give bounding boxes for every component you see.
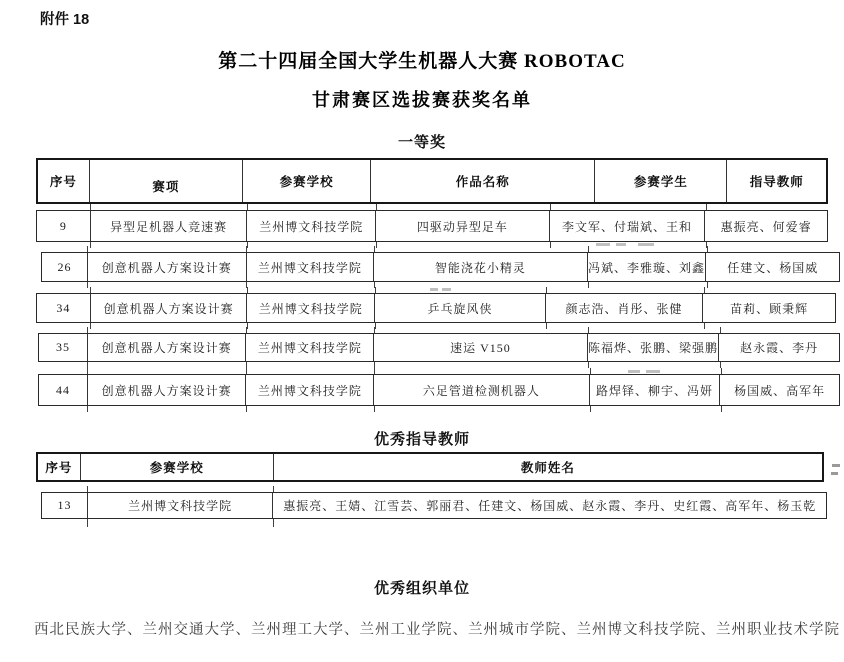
cell-teachers: 赵永霞、李丹	[719, 334, 839, 361]
cell-event: 创意机器人方案设计赛	[88, 334, 247, 361]
header-cell-event-label: 赛项	[152, 177, 179, 195]
header-cell-teachers: 指导教师	[727, 160, 826, 202]
cell-students: 颜志浩、肖彤、张健	[546, 294, 704, 322]
cell-school: 兰州博文科技学院	[247, 294, 375, 322]
document-page: 附件 18 第二十四届全国大学生机器人大赛 ROBOTAC 甘肃赛区选拔赛获奖名…	[0, 0, 844, 662]
section-heading-advisors: 优秀指导教师	[0, 428, 844, 449]
cell-teachers: 杨国威、高军年	[720, 375, 839, 405]
cell-no: 44	[39, 375, 88, 405]
header-cell-work: 作品名称	[371, 160, 595, 202]
cell-teachers: 任建文、杨国威	[706, 253, 839, 281]
document-title: 第二十四届全国大学生机器人大赛 ROBOTAC	[0, 46, 844, 73]
table-row: 26 创意机器人方案设计赛 兰州博文科技学院 智能浇花小精灵 冯斌、李雅璇、刘鑫…	[41, 252, 840, 282]
cell-work: 智能浇花小精灵	[374, 253, 587, 281]
cell-no: 35	[39, 334, 88, 361]
prize-table-header: 序号 赛项 参赛学校 作品名称 参赛学生 指导教师	[36, 158, 828, 204]
header-cell-names: 教师姓名	[274, 454, 822, 480]
cell-school: 兰州博文科技学院	[247, 211, 376, 241]
advisors-table-header: 序号 参赛学校 教师姓名	[36, 452, 824, 482]
document-subtitle: 甘肃赛区选拔赛获奖名单	[0, 86, 844, 112]
cell-no: 13	[42, 493, 88, 518]
table-row: 9 异型足机器人竞速赛 兰州博文科技学院 四驱动异型足车 李文军、付瑞斌、王和 …	[36, 210, 828, 242]
table-row: 34 创意机器人方案设计赛 兰州博文科技学院 乒乓旋风侠 颜志浩、肖彤、张健 苗…	[36, 293, 836, 323]
cut-row-line-fragment	[38, 406, 840, 412]
cell-students: 路焊铎、柳宇、冯妍	[590, 375, 721, 405]
header-cell-no: 序号	[38, 160, 90, 202]
section-heading-first-prize: 一等奖	[0, 131, 844, 152]
attachment-label: 附件 18	[40, 8, 89, 29]
cell-school: 兰州博文科技学院	[88, 493, 274, 518]
cell-no: 34	[37, 294, 91, 322]
cell-students: 陈福烨、张鹏、梁强鹏	[588, 334, 720, 361]
cell-names: 惠振亮、王婧、江雪芸、郭丽君、任建文、杨国威、赵永霞、李丹、史红霞、高军年、杨玉…	[273, 493, 826, 518]
cell-work: 乒乓旋风侠	[375, 294, 546, 322]
header-cell-school: 参赛学校	[81, 454, 274, 480]
table-row: 44 创意机器人方案设计赛 兰州博文科技学院 六足管道检测机器人 路焊铎、柳宇、…	[38, 374, 840, 406]
header-cell-no: 序号	[38, 454, 81, 480]
cell-work: 六足管道检测机器人	[374, 375, 589, 405]
cell-work: 四驱动异型足车	[376, 211, 550, 241]
cell-school: 兰州博文科技学院	[247, 253, 375, 281]
cell-event: 异型足机器人竞速赛	[91, 211, 248, 241]
header-cell-school: 参赛学校	[243, 160, 371, 202]
header-cell-students: 参赛学生	[595, 160, 727, 202]
page-edge-fragment	[832, 464, 840, 467]
page-edge-fragment	[831, 472, 838, 475]
cell-teachers: 惠振亮、何爱睿	[705, 211, 827, 241]
cell-no: 26	[42, 253, 88, 281]
cell-event: 创意机器人方案设计赛	[91, 294, 248, 322]
header-cell-event: 赛项	[90, 160, 243, 202]
table-row: 35 创意机器人方案设计赛 兰州博文科技学院 速运 V150 陈福烨、张鹏、梁强…	[38, 333, 840, 362]
cut-row-line-fragment	[41, 519, 827, 527]
cell-students: 冯斌、李雅璇、刘鑫	[588, 253, 707, 281]
cell-school: 兰州博文科技学院	[246, 375, 374, 405]
cell-school: 兰州博文科技学院	[246, 334, 374, 361]
cell-no: 9	[37, 211, 91, 241]
organizations-list: 西北民族大学、兰州交通大学、兰州理工大学、兰州工业学院、兰州城市学院、兰州博文科…	[34, 620, 840, 641]
cell-students: 李文军、付瑞斌、王和	[550, 211, 706, 241]
cell-event: 创意机器人方案设计赛	[88, 375, 247, 405]
table-row: 13 兰州博文科技学院 惠振亮、王婧、江雪芸、郭丽君、任建文、杨国威、赵永霞、李…	[41, 492, 827, 519]
section-heading-organizations: 优秀组织单位	[0, 577, 844, 598]
cell-teachers: 苗莉、顾秉辉	[703, 294, 835, 322]
cell-event: 创意机器人方案设计赛	[88, 253, 247, 281]
cell-work: 速运 V150	[374, 334, 587, 361]
